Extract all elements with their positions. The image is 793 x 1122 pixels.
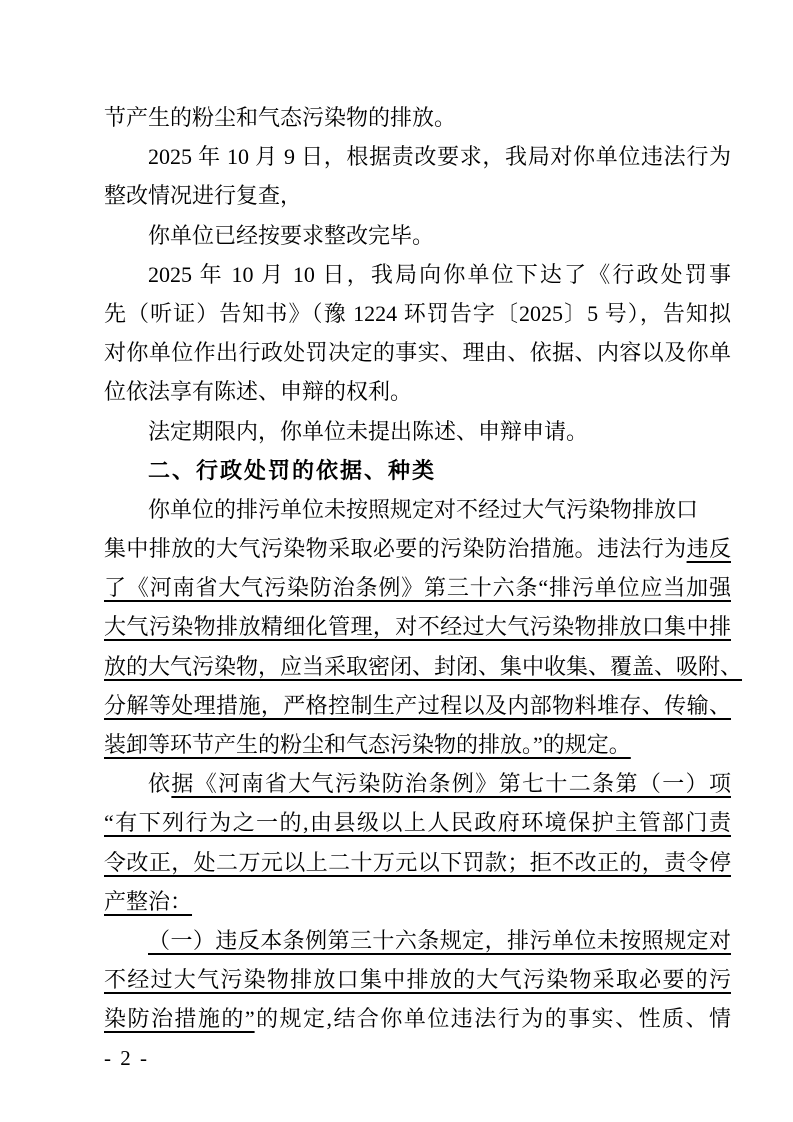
underlined-text: 不经过大气污染物排放口集中排放的大气污染物采取必要的污: [104, 967, 731, 992]
underlined-text: 违反: [687, 536, 731, 561]
underlined-text: 大气污染物排放精细化管理，对不经过大气污染物排放口集中排: [104, 614, 731, 639]
text-line: 节产生的粉尘和气态污染物的排放。: [104, 98, 731, 137]
text-line: 不经过大气污染物排放口集中排放的大气污染物采取必要的污: [104, 960, 731, 999]
text-segment: 集中排放的大气污染物采取必要的污染防治措施。违法行为: [104, 536, 687, 561]
underlined-text: 染防治措施的”: [104, 1006, 255, 1031]
underlined-text: 了《河南省大气污染防治条例》第三十六条“排污单位应当加强: [104, 575, 731, 600]
underlined-text: 放的大气污染物，应当采取密闭、封闭、集中收集、覆盖、吸附、: [104, 654, 742, 679]
text-line: 令改正，处二万元以上二十万元以下罚款；拒不改正的，责令停: [104, 843, 731, 882]
text-line: 分解等处理措施，严格控制生产过程以及内部物料堆存、传输、: [104, 686, 731, 725]
text-line: 位依法享有陈述、申辩的权利。: [104, 372, 731, 411]
text-line: 对你单位作出行政处罚决定的事实、理由、依据、内容以及你单: [104, 333, 731, 372]
underlined-text: 装卸等环节产生的粉尘和气态污染物的排放。”的规定。: [104, 732, 631, 757]
text-segment: 位依法享有陈述、申辩的权利。: [104, 379, 412, 404]
text-line: “有下列行为之一的,由县级以上人民政府环境保护主管部门责: [104, 803, 731, 842]
text-line: 你单位的排污单位未按照规定对不经过大气污染物排放口: [104, 490, 731, 529]
text-line: 放的大气污染物，应当采取密闭、封闭、集中收集、覆盖、吸附、: [104, 647, 731, 686]
text-line: 装卸等环节产生的粉尘和气态污染物的排放。”的规定。: [104, 725, 731, 764]
text-segment: 你单位的排污单位未按照规定对不经过大气污染物排放口: [148, 497, 698, 522]
text-line: 了《河南省大气污染防治条例》第三十六条“排污单位应当加强: [104, 568, 731, 607]
underlined-text: 分解等处理措施，严格控制生产过程以及内部物料堆存、传输、: [104, 693, 731, 718]
text-segment: 的规定,结合你单位违法行为的事实、性质、情: [255, 1006, 731, 1031]
text-segment: 依: [148, 771, 171, 796]
text-line: 你单位已经按要求整改完毕。: [104, 216, 731, 255]
underlined-text: 产整治：: [104, 889, 192, 914]
page-number: - 2 -: [104, 1039, 731, 1078]
underlined-text: “有下列行为之一的,由县级以上人民政府环境保护主管部门责: [104, 810, 731, 835]
text-line: 先（听证）告知书》（豫 1224 环罚告字〔2025〕5 号），告知拟: [104, 294, 731, 333]
text-segment: 二、行政处罚的依据、种类: [148, 458, 436, 483]
document-content: 节产生的粉尘和气态污染物的排放。2025 年 10 月 9 日，根据责改要求，我…: [104, 98, 731, 1078]
text-segment: 节产生的粉尘和气态污染物的排放。: [104, 105, 456, 130]
text-segment: 对你单位作出行政处罚决定的事实、理由、依据、内容以及你单: [104, 340, 731, 365]
text-line: 染防治措施的”的规定,结合你单位违法行为的事实、性质、情: [104, 999, 731, 1038]
text-line: 集中排放的大气污染物采取必要的污染防治措施。违法行为违反: [104, 529, 731, 568]
underlined-text: （一）违反本条例第三十六条规定，排污单位未按照规定对: [148, 928, 731, 953]
text-line: 产整治：: [104, 882, 731, 921]
text-line: 依据《河南省大气污染防治条例》第七十二条第（一）项: [104, 764, 731, 803]
text-segment: 法定期限内，你单位未提出陈述、申辩申请。: [148, 419, 588, 444]
text-line: 整改情况进行复查，: [104, 176, 731, 215]
document-page: 节产生的粉尘和气态污染物的排放。2025 年 10 月 9 日，根据责改要求，我…: [0, 0, 793, 1122]
text-segment: 先（听证）告知书》（豫 1224 环罚告字〔2025〕5 号），告知拟: [104, 301, 731, 326]
underlined-text: 令改正，处二万元以上二十万元以下罚款；拒不改正的，责令停: [104, 850, 731, 875]
text-segment: 2025 年 10 月 10 日，我局向你单位下达了《行政处罚事: [148, 262, 731, 287]
text-line: 大气污染物排放精细化管理，对不经过大气污染物排放口集中排: [104, 607, 731, 646]
document-body: 节产生的粉尘和气态污染物的排放。2025 年 10 月 9 日，根据责改要求，我…: [104, 98, 731, 1039]
underlined-text: 据《河南省大气污染防治条例》第七十二条第（一）项: [171, 771, 731, 796]
text-line: （一）违反本条例第三十六条规定，排污单位未按照规定对: [104, 921, 731, 960]
section-heading: 二、行政处罚的依据、种类: [104, 451, 731, 490]
text-segment: 2025 年 10 月 9 日，根据责改要求，我局对你单位违法行为: [148, 144, 731, 169]
text-segment: 整改情况进行复查，: [104, 183, 302, 208]
text-segment: 你单位已经按要求整改完毕。: [148, 223, 434, 248]
text-line: 2025 年 10 月 10 日，我局向你单位下达了《行政处罚事: [104, 255, 731, 294]
text-line: 法定期限内，你单位未提出陈述、申辩申请。: [104, 412, 731, 451]
text-line: 2025 年 10 月 9 日，根据责改要求，我局对你单位违法行为: [104, 137, 731, 176]
